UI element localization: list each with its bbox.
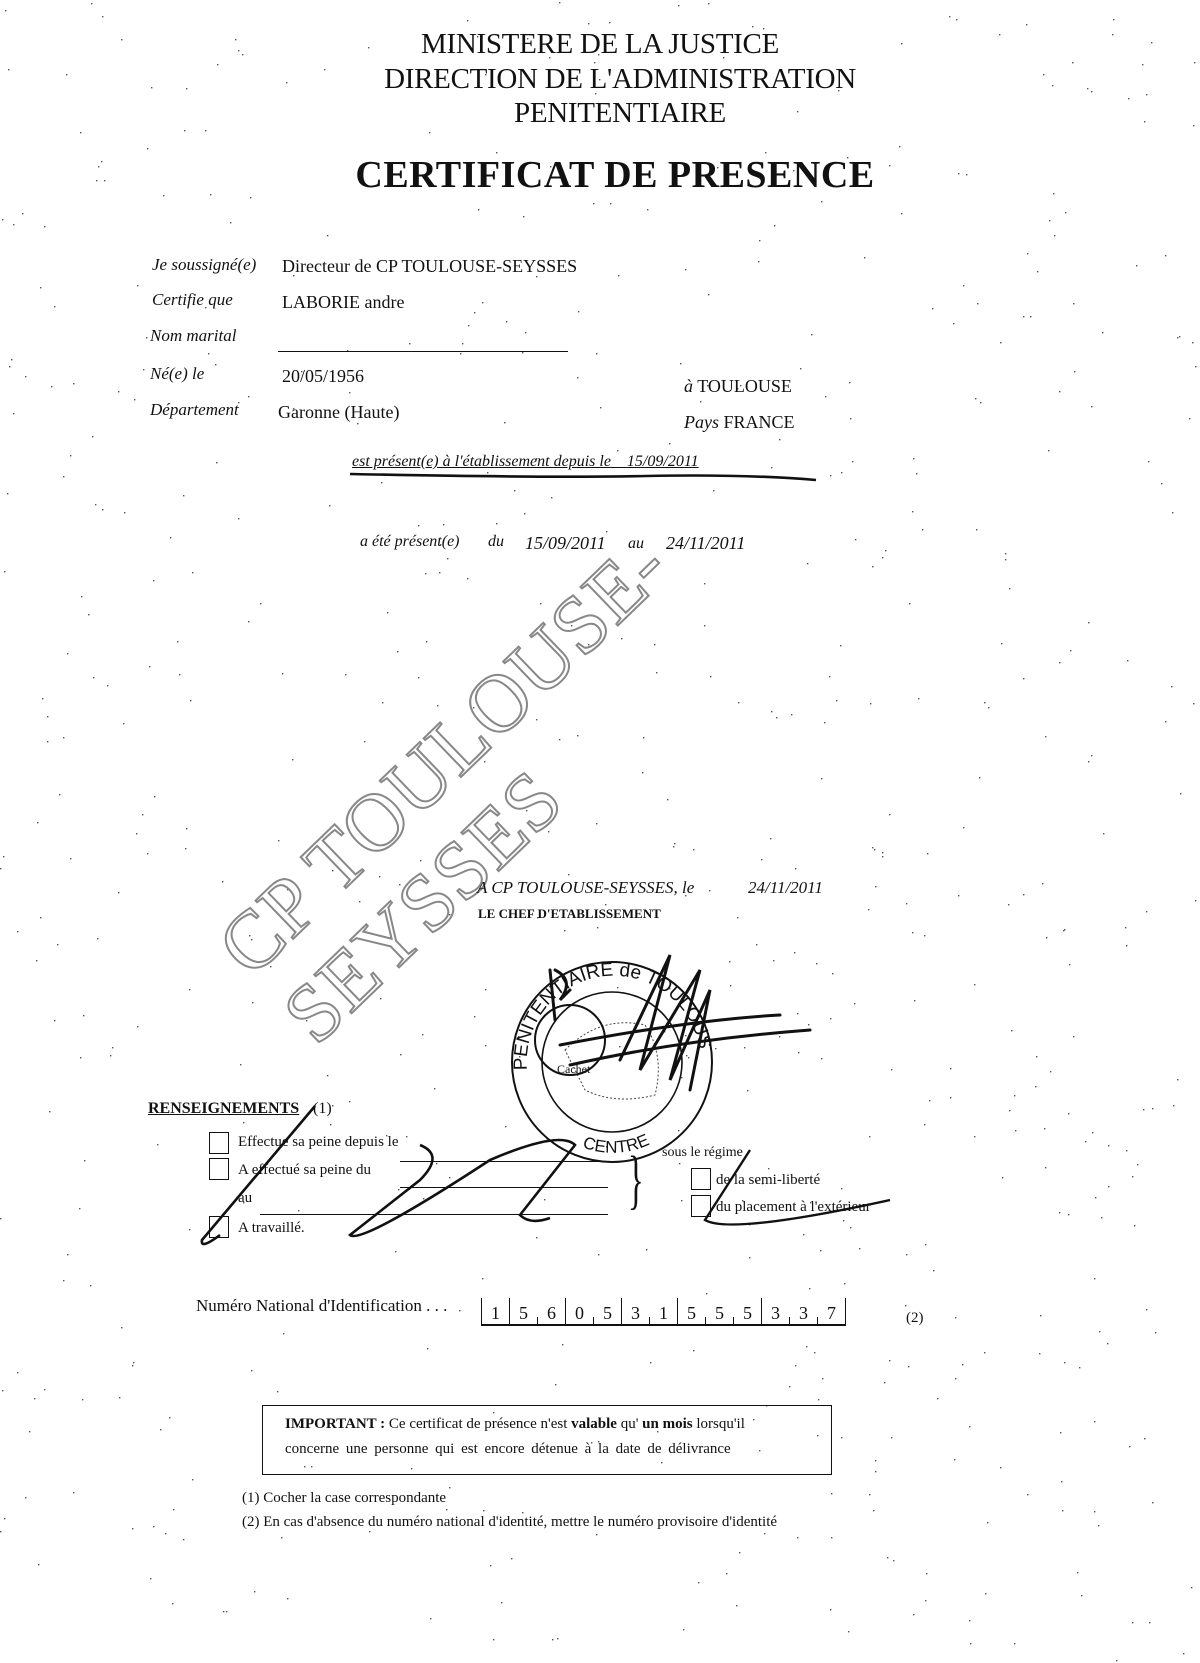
important-text-3: lorsqu'il bbox=[693, 1416, 745, 1432]
undersigned-value: Directeur de CP TOULOUSE-SEYSSES bbox=[282, 256, 577, 277]
ministry-name: MINISTERE DE LA JUSTICE bbox=[0, 27, 1200, 61]
important-notice: IMPORTANT : Ce certificat de présence n'… bbox=[262, 1405, 832, 1475]
national-id-label: Numéro National d'Identification . . . bbox=[196, 1296, 447, 1316]
national-id-digit: 7 bbox=[818, 1302, 845, 1324]
was-present-label: a été présent(e) bbox=[360, 533, 460, 551]
national-id-digit: 6 bbox=[538, 1302, 565, 1324]
undersigned-label: Je soussigné(e) bbox=[152, 255, 256, 275]
important-valable: valable bbox=[571, 1416, 617, 1432]
national-id-digit: 5 bbox=[594, 1302, 621, 1324]
national-id-digit: 3 bbox=[790, 1302, 817, 1324]
administration-name: PENITENTIAIRE bbox=[0, 96, 1200, 130]
cancel-scribble bbox=[190, 1100, 910, 1250]
place-date-text: A CP TOULOUSE-SEYSSES, le bbox=[477, 878, 694, 898]
national-id-digit: 1 bbox=[482, 1302, 509, 1324]
birth-place-prefix: à bbox=[684, 376, 693, 396]
important-prefix: IMPORTANT : bbox=[285, 1416, 385, 1432]
national-id-digit: 5 bbox=[678, 1302, 705, 1324]
national-id-field: 1560531555337 bbox=[481, 1294, 846, 1326]
footnote-2: (2) En cas d'absence du numéro national … bbox=[242, 1514, 777, 1531]
national-id-digit: 5 bbox=[706, 1302, 733, 1324]
national-id-footnote-ref: (2) bbox=[906, 1310, 924, 1327]
national-id-digit: 3 bbox=[622, 1302, 649, 1324]
department-value: Garonne (Haute) bbox=[278, 402, 399, 423]
certifies-label: Certifie que bbox=[152, 290, 233, 310]
document-title: CERTIFICAT DE PRESENCE bbox=[0, 158, 1200, 192]
issue-date: 24/11/2011 bbox=[748, 878, 823, 898]
birth-date-value: 20/05/1956 bbox=[282, 366, 364, 387]
important-text-1: Ce certificat de présence n'est bbox=[385, 1416, 571, 1432]
watermark-stamp: CP TOULOUSE-SEYSSES bbox=[200, 277, 1003, 1062]
national-id-digit: 1 bbox=[650, 1302, 677, 1324]
married-name-label: Nom marital bbox=[150, 326, 236, 346]
signature-scribble bbox=[530, 950, 830, 1120]
digit-separator bbox=[845, 1298, 846, 1324]
from-label: du bbox=[488, 533, 504, 551]
married-name-line bbox=[278, 351, 568, 352]
footnote-1: (1) Cocher la case correspondante bbox=[242, 1490, 446, 1507]
direction-name: DIRECTION DE L'ADMINISTRATION bbox=[0, 62, 1200, 96]
national-id-digit: 5 bbox=[510, 1302, 537, 1324]
department-label: Département bbox=[150, 400, 239, 420]
signer-title: LE CHEF D'ETABLISSEMENT bbox=[478, 906, 661, 922]
important-line-1: IMPORTANT : Ce certificat de présence n'… bbox=[285, 1412, 817, 1437]
birth-date-label: Né(e) le bbox=[150, 364, 204, 384]
national-id-digit: 5 bbox=[734, 1302, 761, 1324]
national-id-digit: 3 bbox=[762, 1302, 789, 1324]
national-id-digit: 0 bbox=[566, 1302, 593, 1324]
important-text-2: qu' bbox=[617, 1416, 642, 1432]
important-un-mois: un mois bbox=[642, 1416, 692, 1432]
important-line-2: concerne une personne qui est encore dét… bbox=[285, 1437, 817, 1462]
person-name: LABORIE andre bbox=[282, 292, 404, 313]
